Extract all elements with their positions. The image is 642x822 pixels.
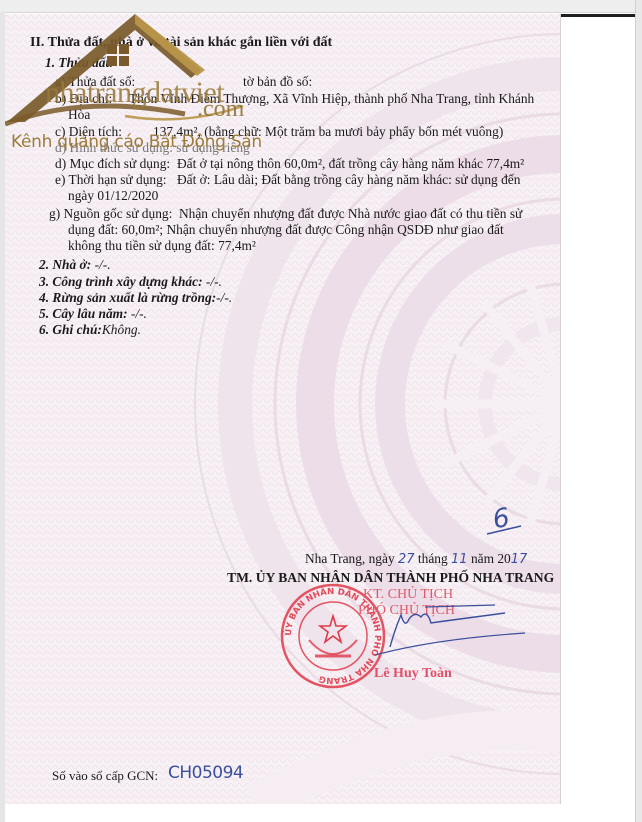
handwritten-year: 17 xyxy=(511,552,528,567)
viewer-right-border xyxy=(635,0,642,822)
item-house: 2. Nhà ở: -/-. xyxy=(39,257,111,273)
registry-number: CH05094 xyxy=(168,763,243,783)
registry-label: Số vào sổ cấp GCN: xyxy=(52,768,158,784)
usage-purpose-value: Đất ở tại nông thôn 60,0m², đất trồng câ… xyxy=(177,156,524,172)
page-mark-underline xyxy=(485,524,525,536)
address-label: b) Địa chỉ: xyxy=(55,91,112,107)
item-notes: 6. Ghi chú:Không. xyxy=(39,322,141,338)
item-planted-forest: 4. Rừng sản xuất là rừng trồng:-/-. xyxy=(39,290,232,306)
usage-origin-value-cont2: không thu tiền sử dụng đất: 77,4m² xyxy=(68,238,256,254)
item-other-construction: 3. Công trình xây dựng khác: -/-. xyxy=(39,274,222,290)
usage-term-value-cont: ngày 01/12/2020 xyxy=(68,188,158,204)
usage-origin-value: Nhận chuyển nhượng đất được Nhà nước gia… xyxy=(179,206,522,222)
plot-number-label: a) Thửa đất số: xyxy=(55,74,135,90)
usage-term-label: e) Thời hạn sử dụng: xyxy=(55,172,167,188)
signer-name: Lê Huy Toàn xyxy=(374,666,452,682)
usage-form: d) Hình thức sử dụng: sử dụng riêng xyxy=(55,140,250,156)
item-perennial-trees: 5. Cây lâu năm: -/-. xyxy=(39,306,147,322)
handwritten-month: 11 xyxy=(451,552,468,567)
section-title: II. Thửa đất, nhà ở và tài sản khác gắn … xyxy=(30,35,332,51)
usage-term-value: Đất ở: Lâu dài; Đất bằng trồng cây hàng … xyxy=(177,172,520,188)
viewer-top-bar xyxy=(0,0,642,13)
usage-purpose-label: d) Mục đích sử dụng: xyxy=(55,156,170,172)
address-value: Thôn Vĩnh Điềm Thượng, Xã Vĩnh Hiệp, thà… xyxy=(129,91,534,107)
land-plot-heading: 1. Thửa đất: xyxy=(45,55,114,71)
issuing-authority: TM. ỦY BAN NHÂN DÂN THÀNH PHỐ NHA TRANG xyxy=(227,570,554,586)
usage-origin-value-cont1: dụng đất: 60,0m²; Nhận chuyển nhượng đất… xyxy=(68,222,504,238)
address-value-cont: Hòa xyxy=(68,107,90,123)
area-value: 137,4m², (bằng chữ: Một trăm ba mươi bảy… xyxy=(153,124,503,140)
usage-origin-label: g) Nguồn gốc sử dụng: xyxy=(49,206,172,222)
certificate-page: II. Thửa đất, nhà ở và tài sản khác gắn … xyxy=(5,14,561,804)
handwritten-signature xyxy=(335,599,535,659)
date-line: Nha Trang, ngày 27 tháng 11 năm 2017 xyxy=(305,551,527,568)
map-sheet-label: tờ bản đồ số: xyxy=(243,74,312,90)
right-strip-edge xyxy=(561,14,635,17)
area-label: c) Diện tích: xyxy=(55,124,122,140)
handwritten-day: 27 xyxy=(398,552,415,567)
